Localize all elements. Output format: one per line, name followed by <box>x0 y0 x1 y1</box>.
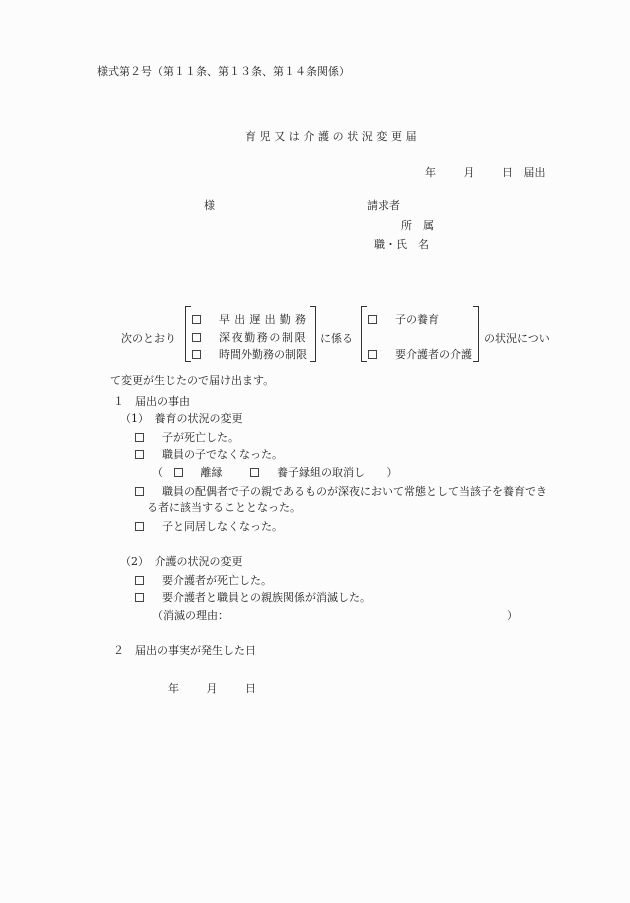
subsection1-heading: （1） 養育の状況の変更 <box>120 413 243 424</box>
work-option-night-limit[interactable]: 深夜勤務の制限 <box>192 332 307 343</box>
care-options-bracket-left <box>361 306 367 362</box>
reason-sub-options: （ 離縁 養子縁組の取消し ） <box>152 467 398 478</box>
item-label: 職員の子でなくなった。 <box>162 448 283 461</box>
item-label: 子が死亡した。 <box>162 431 239 444</box>
occurrence-day-label: 日 <box>245 682 256 695</box>
item-label: 要介護者と職員との親族関係が消滅した。 <box>162 591 371 604</box>
occurrence-date: 年 月 日 <box>168 683 256 694</box>
submission-month-label: 月 <box>464 167 475 178</box>
statement-trailing: の状況につい <box>484 333 550 344</box>
sub-option-adoption-cancel[interactable]: 養子縁組の取消し <box>277 466 365 479</box>
affiliation-label: 所 属 <box>401 220 434 231</box>
statement-connector: に係る <box>320 333 353 344</box>
checkbox-icon[interactable] <box>135 487 144 496</box>
work-options-bracket-right <box>310 306 316 362</box>
reason-spouse-can-care[interactable]: 職員の配偶者で子の親であるものが深夜において常態として当該子を養育でき <box>135 486 547 497</box>
document-title: 育児又は介護の状況変更届 <box>245 131 420 142</box>
care-options-bracket-right <box>473 306 479 362</box>
form-number: 様式第２号（第１１条、第１３条、第１４条関係） <box>97 66 350 77</box>
paren-open: （ <box>152 466 163 479</box>
reason-child-died[interactable]: 子が死亡した。 <box>135 432 239 443</box>
checkbox-icon[interactable] <box>135 522 144 531</box>
statement-lead-in: 次のとおり <box>121 333 176 344</box>
checkbox-icon[interactable] <box>135 450 144 459</box>
addressee-honorific: 様 <box>204 200 215 211</box>
reason-spouse-can-care-cont: る者に該当することとなった。 <box>147 502 301 513</box>
option-label: 要介護者の介護 <box>395 348 472 361</box>
checkbox-icon[interactable] <box>135 593 144 602</box>
checkbox-icon[interactable] <box>135 576 144 585</box>
paren-close: ） <box>387 466 398 479</box>
item-label: 要介護者が死亡した。 <box>162 574 272 587</box>
care-option-nursing[interactable]: 要介護者の介護 <box>368 349 472 360</box>
requester-label: 請求者 <box>367 200 400 211</box>
submission-suffix: 届出 <box>524 167 546 178</box>
submission-date: 年 月 日 届出 <box>425 167 546 178</box>
reason-no-longer-child[interactable]: 職員の子でなくなった。 <box>135 449 283 460</box>
option-label: 子の養育 <box>395 313 439 326</box>
statement-continuation: て変更が生じたので届け出ます。 <box>110 375 274 386</box>
option-label: 早出遅出勤務 <box>219 313 310 326</box>
checkbox-icon[interactable] <box>192 315 201 324</box>
checkbox-icon[interactable] <box>135 433 144 442</box>
occurrence-month-label: 月 <box>207 682 218 695</box>
checkbox-icon[interactable] <box>192 350 201 359</box>
reason-not-cohabiting[interactable]: 子と同居しなくなった。 <box>135 521 283 532</box>
sub-option-divorce[interactable]: 離縁 <box>201 466 223 479</box>
checkbox-icon[interactable] <box>368 350 377 359</box>
checkbox-icon[interactable] <box>250 468 259 477</box>
option-label: 深夜勤務の制限 <box>219 331 307 344</box>
reason-relation-ended[interactable]: 要介護者と職員との親族関係が消滅した。 <box>135 592 371 603</box>
item-label: 子と同居しなくなった。 <box>162 520 283 533</box>
subsection2-heading: （2） 介護の状況の変更 <box>120 556 243 567</box>
checkbox-icon[interactable] <box>192 333 201 342</box>
submission-year-label: 年 <box>425 167 436 178</box>
submission-day-label: 日 <box>502 167 513 178</box>
reason-care-recipient-died[interactable]: 要介護者が死亡した。 <box>135 575 272 586</box>
section2-heading: ２ 届出の事実が発生した日 <box>113 645 256 656</box>
item-label: 職員の配偶者で子の親であるものが深夜において常態として当該子を養育でき <box>162 485 547 498</box>
name-label: 職・氏 名 <box>374 239 429 250</box>
extinction-reason-field[interactable]: （消滅の理由： <box>152 610 229 621</box>
extinction-reason-close: ） <box>507 610 518 621</box>
work-options-bracket-left <box>185 306 191 362</box>
option-label: 時間外勤務の制限 <box>219 348 307 361</box>
checkbox-icon[interactable] <box>174 468 183 477</box>
care-option-child[interactable]: 子の養育 <box>368 314 439 325</box>
work-option-early-late[interactable]: 早出遅出勤務 <box>192 314 310 325</box>
checkbox-icon[interactable] <box>368 315 377 324</box>
extinction-reason-label: （消滅の理由： <box>152 609 229 622</box>
work-option-overtime-limit[interactable]: 時間外勤務の制限 <box>192 349 307 360</box>
section1-heading: １ 届出の事由 <box>113 396 190 407</box>
occurrence-year-label: 年 <box>168 682 179 695</box>
